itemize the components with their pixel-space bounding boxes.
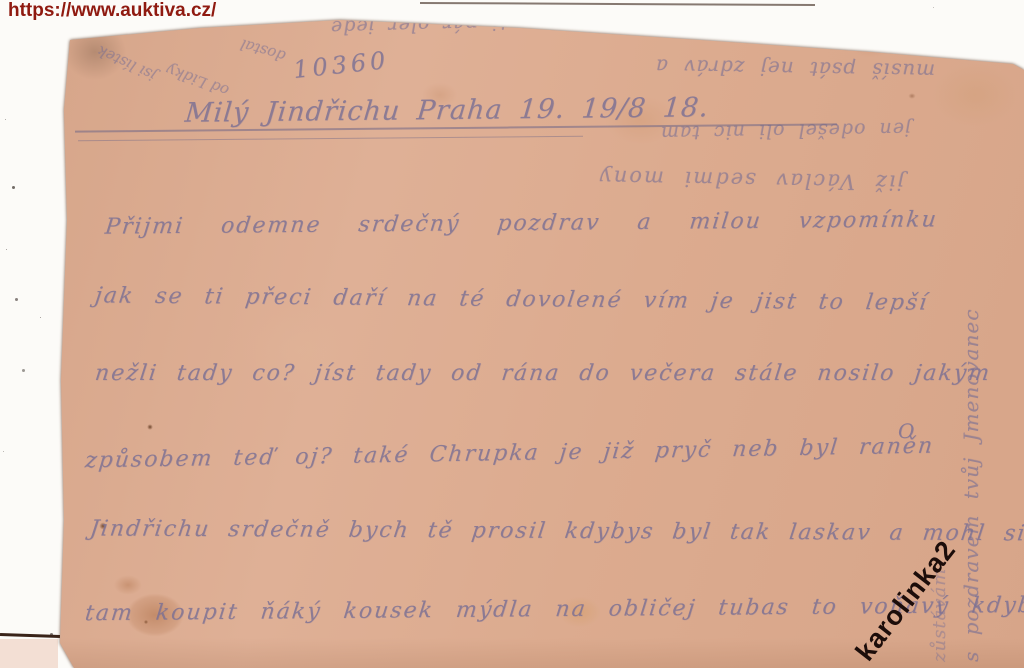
source-url-watermark: https://www.auktiva.cz/: [8, 0, 216, 22]
salutation-underline-2: [78, 136, 583, 141]
scanned-postcard-photo: nejste také všichni doma nati pár oler j…: [0, 0, 1024, 668]
body-line: Jindřichu srdečně bych tě prosil kdybys …: [88, 517, 1024, 546]
corner-fragment-3: dostal: [239, 36, 288, 65]
corner-fragment-1: jsi lístek: [94, 42, 158, 84]
inverted-note-right-3: již Václav sedmi mony: [598, 165, 905, 193]
catalog-number: 10360: [292, 47, 391, 83]
inverted-note-top: nejste také všichni doma nati pár oler j…: [330, 4, 826, 38]
body-line: jak se ti přeci daří na té dovolené vím …: [93, 284, 929, 315]
postcard-paper-shadow: nejste také všichni doma nati pár oler j…: [0, 0, 1024, 668]
body-line: nežli tady co? jíst tady od rána do veče…: [94, 362, 993, 386]
body-line: způsobem teď oj? také Chrupka je již pry…: [84, 435, 935, 474]
salutation-line: Milý Jindřichu Praha 19. 19/8 18.: [184, 93, 711, 128]
body-line: Přijmi odemne srdečný pozdrav a milou vz…: [104, 208, 939, 239]
vertical-signature: s pozdravem tvůj Jmenovanec: [960, 102, 982, 662]
postcard-paper: nejste také všichni doma nati pár oler j…: [0, 0, 1024, 668]
floating-pencil-mark: O: [898, 420, 914, 442]
corner-fragment-2: od Lidky: [164, 61, 231, 99]
inverted-note-right-1: musíš psát nej zdráv a: [655, 56, 936, 83]
